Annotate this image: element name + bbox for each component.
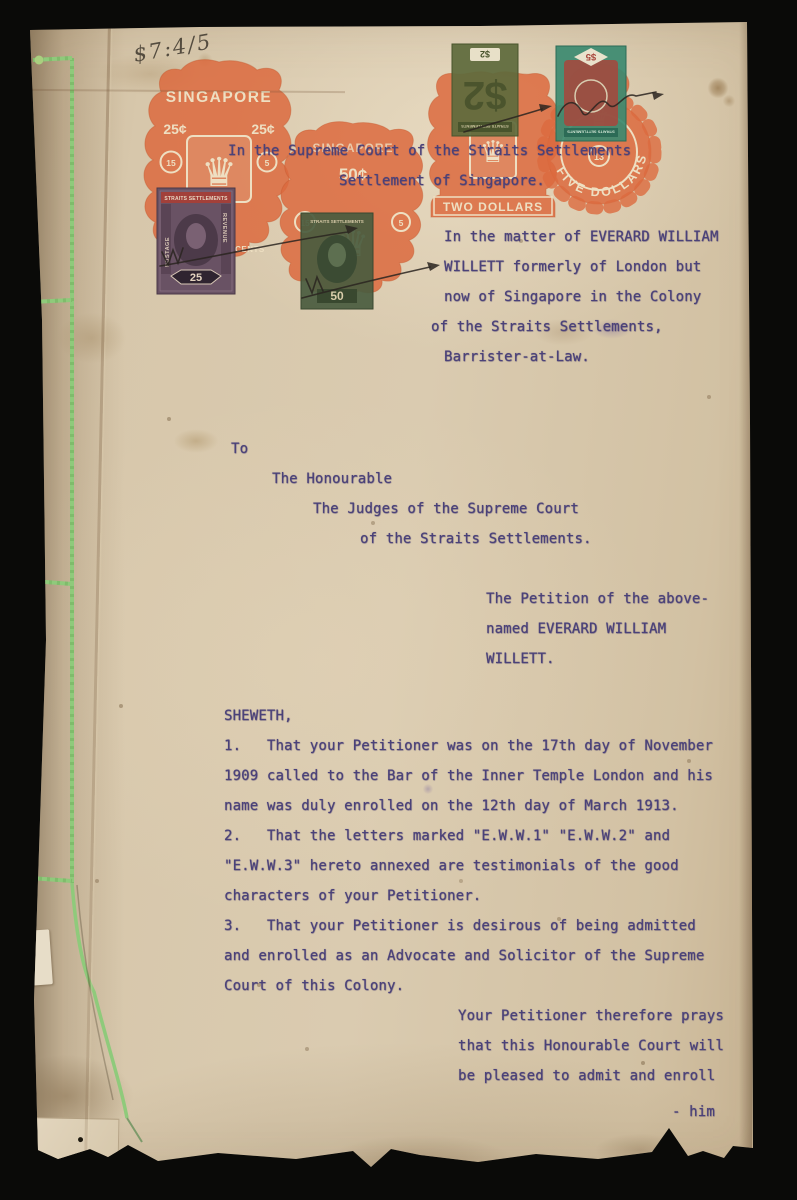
stamp-denomination: TWO DOLLARS [443, 200, 543, 214]
pen-arrowhead [427, 262, 440, 271]
stamp-side-label: REVENUE [221, 213, 227, 243]
stamp-center-panel [564, 60, 618, 126]
stamp-revenue-50: STRAITS SETTLEMENTS 50 [301, 213, 373, 309]
stamp-footer: STRAITS SETTLEMENTS [567, 130, 615, 135]
body-line: 3. That your Petitioner is desirous of b… [224, 911, 713, 941]
stamp-value: $5 [585, 51, 596, 62]
matter-line: of the Straits Settlements, [431, 312, 719, 342]
body-line: "E.W.W.3" hereto annexed are testimonial… [224, 851, 713, 881]
petition-line: named EVERARD WILLIAM [486, 614, 709, 644]
stamp-circle-value: 5 [399, 218, 404, 228]
court-heading-line1: In the Supreme Court of the Straits Sett… [228, 143, 631, 159]
stamp-big-numeral: $2 [463, 73, 508, 117]
prayer-line: Your Petitioner therefore prays [458, 1001, 724, 1031]
body-line: and enrolled as an Advocate and Solicito… [224, 941, 713, 971]
body-line: name was duly enrolled on the 12th day o… [224, 791, 713, 821]
sheweth-heading: SHEWETH, [224, 701, 713, 731]
stamp-value: 25 [190, 272, 202, 284]
thread-knot [35, 56, 44, 65]
stamp-circle-value: 15 [166, 158, 176, 168]
body-line: 2. That the letters marked "E.W.W.1" "E.… [224, 821, 713, 851]
thread-stitches [31, 58, 72, 881]
body-line: characters of your Petitioner. [224, 881, 713, 911]
body-line: 1909 called to the Bar of the Inner Temp… [224, 761, 713, 791]
portrait-head [186, 223, 206, 249]
matter-line: WILLETT formerly of London but [444, 252, 719, 282]
thread-tail-end [127, 1118, 142, 1142]
body-line: Court of this Colony. [224, 971, 713, 1001]
salutation-line: The Judges of the Supreme Court [313, 494, 592, 524]
stamp-value-left: 25¢ [163, 121, 187, 137]
stamp-green-two-dollar: $2 $2 STRAITS SETTLEMENTS [452, 44, 518, 136]
petition-line: The Petition of the above- [486, 584, 709, 614]
stamp-value-right: 25¢ [251, 121, 275, 137]
court-heading-line2: Settlement of Singapore. [339, 173, 545, 189]
catchword: - him [672, 1104, 715, 1120]
salutation-line: To [231, 434, 592, 464]
stamp-value: 50 [330, 289, 344, 303]
matter-line: In the matter of EVERARD WILLIAM [444, 222, 719, 252]
prayer-line: be pleased to admit and enroll [458, 1061, 724, 1091]
page-right-edge [739, 22, 752, 1157]
portrait-head [328, 243, 346, 267]
petition-body-block: SHEWETH, 1. That your Petitioner was on … [224, 701, 713, 1001]
photo-backdrop: SINGAPORE 25¢ 25¢ ♛ 15 5 13 TWENTY FIVE … [0, 0, 797, 1200]
petition-page: SINGAPORE 25¢ 25¢ ♛ 15 5 13 TWENTY FIVE … [0, 0, 797, 1200]
stamp-green-five-dollar: $5 STRAITS SETTLEMENTS [556, 46, 626, 141]
stamp-circle-value: 5 [265, 158, 270, 168]
salutation-line: of the Straits Settlements. [360, 524, 592, 554]
matter-line: Barrister-at-Law. [444, 342, 719, 372]
stamp-postage-25: STRAITS SETTLEMENTS POSTAGE REVENUE 25 [157, 188, 235, 294]
stamp-value: $2 [480, 49, 490, 59]
pen-arrowhead [652, 92, 664, 100]
salutation-block: To The Honourable The Judges of the Supr… [231, 434, 592, 554]
thread-stitches-twist [31, 58, 72, 881]
petition-line: WILLETT. [486, 644, 709, 674]
prayer-line: that this Honourable Court will [458, 1031, 724, 1061]
matter-line: now of Singapore in the Colony [444, 282, 719, 312]
stamp-header: STRAITS SETTLEMENTS [310, 219, 364, 224]
salutation-line: The Honourable [272, 464, 592, 494]
paper-speckles [0, 0, 2, 2]
binding-thread [25, 40, 145, 1180]
stamp-header: STRAITS SETTLEMENTS [164, 196, 228, 202]
prayer-block: Your Petitioner therefore prays that thi… [458, 1001, 724, 1091]
petition-intro-block: The Petition of the above- named EVERARD… [486, 584, 709, 674]
stamp-country-label: SINGAPORE [166, 89, 273, 106]
body-line: 1. That your Petitioner was on the 17th … [224, 731, 713, 761]
matter-block: In the matter of EVERARD WILLIAM WILLETT… [444, 222, 719, 372]
